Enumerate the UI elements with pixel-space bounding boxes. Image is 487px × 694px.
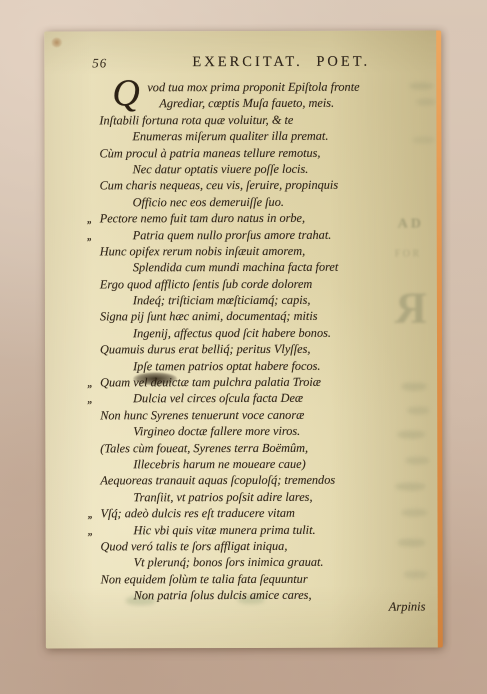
verse-text: (Tales cùm foueat, Syrenes terra Boëmûm, xyxy=(100,440,308,455)
verse-line: Splendida cum mundi machina facta foret xyxy=(100,259,432,276)
verse-line: Quod veró talis te ſors affligat iniqua, xyxy=(101,537,433,554)
verse-text: Agrediar, cœptis Muſa faueto, meis. xyxy=(159,96,334,110)
verse-text: Patria quem nullo prorſus amore trahat. xyxy=(133,227,332,242)
verse-line: Illecebris harum ne moueare caue) xyxy=(100,455,432,472)
scanned-book-photo: AD FOR R 56 EXERCITAT. POET. Q vod tua m… xyxy=(0,0,487,694)
quote-marker: ,, xyxy=(87,374,91,390)
verse-block: vod tua mox prima proponit Epiſtola fron… xyxy=(99,79,432,604)
verse-line: Inſtabili fortuna rota quæ voluitur, & t… xyxy=(99,111,431,128)
verse-line: ,, Vſq́; adeò dulcis res eſt traducere v… xyxy=(100,505,432,522)
catchword: Arpinis xyxy=(389,600,426,615)
quote-marker: ,, xyxy=(87,391,91,407)
verse-text: Illecebris harum ne moueare caue) xyxy=(133,457,305,471)
verse-text: Nec datur optatis viuere poſſe locis. xyxy=(133,162,309,176)
verse-line: Quamuis durus erat belliq́; peritus Vlyſ… xyxy=(100,341,432,358)
verse-text: Cum charis nequeas, ceu vis, ſeruire, pr… xyxy=(100,178,339,193)
verse-line: Non equidem ſolùm te talia fata ſequuntu… xyxy=(101,570,433,587)
verse-line: Non patria ſolus dulcis amice cares, xyxy=(101,587,433,604)
verse-text: Inſtabili fortuna rota quæ voluitur, & t… xyxy=(99,113,293,128)
page-number: 56 xyxy=(92,55,107,71)
verse-line: Signa pij ſunt hæc animi, documentaq́; m… xyxy=(100,308,432,325)
book-page: AD FOR R 56 EXERCITAT. POET. Q vod tua m… xyxy=(44,30,442,648)
verse-line: Indeq́; triſticiam mœſticiamq́; capis, xyxy=(100,292,432,309)
verse-text: Ipſe tamen patrios optat habere focos. xyxy=(133,358,320,372)
verse-text: Cùm procul à patria maneas tellure remot… xyxy=(99,145,320,160)
verse-text: Aequoreas tranauit aquas ſcopuloſq́; tre… xyxy=(100,473,335,488)
quote-marker: ,, xyxy=(87,211,91,227)
verse-line: Enumeras miſerum qualiter illa premat. xyxy=(99,128,431,145)
verse-text: Quod veró talis te ſors affligat iniqua, xyxy=(101,539,288,553)
verse-line: ,, Pectore nemo fuit tam duro natus in o… xyxy=(100,210,432,227)
verse-text: Hunc opifex rerum nobis inſæuit amorem, xyxy=(100,244,305,259)
verse-line: ,, Hic vbi quis vitæ munera prima tulit. xyxy=(100,521,432,538)
verse-text: Enumeras miſerum qualiter illa premat. xyxy=(132,129,328,144)
verse-line: Non hunc Syrenes tenuerunt voce canoræ xyxy=(100,406,432,423)
quote-marker: ,, xyxy=(87,506,91,522)
verse-text: vod tua mox prima proponit Epiſtola fron… xyxy=(147,80,359,95)
verse-line: Cùm procul à patria maneas tellure remot… xyxy=(99,144,431,161)
verse-text: Non equidem ſolùm te talia fata ſequuntu… xyxy=(101,572,308,587)
verse-text: Non hunc Syrenes tenuerunt voce canoræ xyxy=(100,408,304,423)
verse-line: Nec datur optatis viuere poſſe locis. xyxy=(100,160,432,177)
verse-line: ,, Patria quem nullo prorſus amore traha… xyxy=(100,226,432,243)
verse-line: (Tales cùm foueat, Syrenes terra Boëmûm, xyxy=(100,439,432,456)
verse-line: Hunc opifex rerum nobis inſæuit amorem, xyxy=(100,242,432,259)
verse-line: Virgineo doctæ fallere more viros. xyxy=(100,423,432,440)
verse-line: Aequoreas tranauit aquas ſcopuloſq́; tre… xyxy=(100,472,432,489)
verse-line: Ergo quod afflicto ſentis ſub corde dolo… xyxy=(100,275,432,292)
verse-line: vod tua mox prima proponit Epiſtola fron… xyxy=(99,79,431,96)
verse-line: Tranſiit, vt patrios poſsit adire lares, xyxy=(100,488,432,505)
verse-text: Officio nec eos demeruiſſe ſuo. xyxy=(133,195,284,209)
ink-blot xyxy=(133,372,177,385)
verse-line: Agrediar, cœptis Muſa faueto, meis. xyxy=(99,95,431,112)
verse-line: ,, Dulcia vel circes oſcula facta Deæ xyxy=(100,390,432,407)
verse-text: Vt plerunq́; bonos ſors inimica grauat. xyxy=(134,555,324,569)
verse-text: Non patria ſolus dulcis amice cares, xyxy=(134,588,312,602)
verse-line: Cum charis nequeas, ceu vis, ſeruire, pr… xyxy=(100,177,432,194)
running-header: EXERCITAT. POET. xyxy=(175,54,387,72)
quote-marker: ,, xyxy=(87,227,91,243)
verse-text: Tranſiit, vt patrios poſsit adire lares, xyxy=(133,490,312,504)
verse-text: Dulcia vel circes oſcula facta Deæ xyxy=(133,391,303,405)
verse-text: Indeq́; triſticiam mœſticiamq́; capis, xyxy=(133,293,311,307)
verse-text: Virgineo doctæ fallere more viros. xyxy=(133,424,300,438)
verse-text: Ergo quod afflicto ſentis ſub corde dolo… xyxy=(100,277,312,292)
verse-line: Ingenij, affectus quod ſcit habere bonos… xyxy=(100,324,432,341)
verse-text: Ingenij, affectus quod ſcit habere bonos… xyxy=(133,326,331,341)
verse-line: Vt plerunq́; bonos ſors inimica grauat. xyxy=(101,554,433,571)
verse-text: Pectore nemo fuit tam duro natus in orbe… xyxy=(100,211,305,226)
verse-text: Quamuis durus erat belliq́; peritus Vlyſ… xyxy=(100,342,310,357)
verse-line: Officio nec eos demeruiſſe ſuo. xyxy=(100,193,432,210)
verse-text: Splendida cum mundi machina facta foret xyxy=(133,260,339,275)
verse-text: Hic vbi quis vitæ munera prima tulit. xyxy=(133,522,315,536)
quote-marker: ,, xyxy=(87,522,91,538)
verse-text: Vſq́; adeò dulcis res eſt traducere vita… xyxy=(100,506,294,521)
foxing-stain xyxy=(51,37,62,47)
verse-text: Signa pij ſunt hæc animi, documentaq́; m… xyxy=(100,309,318,324)
